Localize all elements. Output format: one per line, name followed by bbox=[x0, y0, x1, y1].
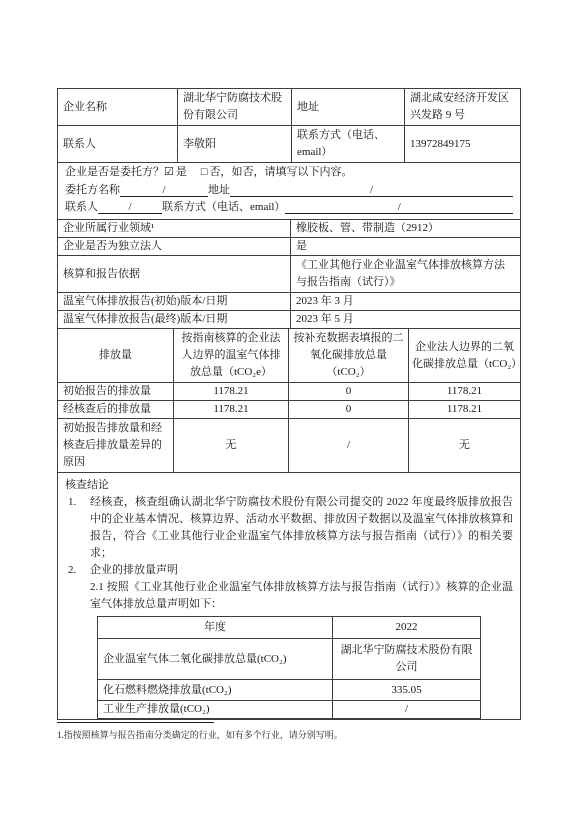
industry-row: 企业所属行业领域¹ 橡胶板、管、带制造（2912） bbox=[58, 219, 520, 237]
delegation-question-line: 企业是否是委托方？ ☑ 是 □ 否，如否，请填写以下内容。 bbox=[65, 164, 513, 181]
initial-emission-legal-boundary: 1178.21 bbox=[408, 383, 520, 400]
emission-statement-table: 年度 2022 企业温室气体二氧化碳排放总量(tCO₂) 湖北华宁防腐技术股份有… bbox=[97, 616, 481, 719]
conclusion-item-1: 1. 经核查，核查组确认湖北华宁防腐技术股份有限公司提交的 2022 年度最终版… bbox=[65, 494, 513, 562]
industrial-process-row: 工业生产排放量(tCO₂) / bbox=[98, 700, 480, 718]
total-co2-row: 企业温室气体二氧化碳排放总量(tCO₂) 湖北华宁防腐技术股份有限公司 bbox=[98, 638, 480, 679]
client-address-field: / bbox=[230, 182, 513, 197]
company-row: 企业名称 湖北华宁防腐技术股份有限公司 地址 湖北咸安经济开发区兴发路 9 号 bbox=[58, 89, 520, 125]
client-name-line: 委托方名称 / 地址 / bbox=[65, 182, 513, 199]
fossil-fuel-value: 335.05 bbox=[332, 680, 480, 700]
phone-value: 13972849175 bbox=[404, 126, 520, 162]
conclusion-item-2-text: 企业的排放量声明 bbox=[90, 562, 513, 579]
address-value: 湖北咸安经济开发区兴发路 9 号 bbox=[404, 89, 520, 125]
industrial-process-value: / bbox=[332, 701, 480, 718]
initial-report-value: 2023 年 3 月 bbox=[290, 293, 520, 310]
fossil-fuel-row: 化石燃料燃烧排放量(tCO₂) 335.05 bbox=[98, 679, 480, 700]
industrial-process-label: 工业生产排放量(tCO₂) bbox=[98, 701, 332, 718]
delegation-no-label: 否，如否，请填写以下内容。 bbox=[210, 164, 353, 181]
initial-report-row: 温室气体排放报告(初始)版本/日期 2023 年 3 月 bbox=[58, 292, 520, 310]
conclusion-item-2: 2. 企业的排放量声明 bbox=[65, 562, 513, 579]
contact-value: 李敬阳 bbox=[177, 126, 291, 162]
emission-header-supplementary: 按补充数据表填报的二氧化碳排放总量（tCO₂） bbox=[288, 329, 408, 382]
difference-reason-guideline: 无 bbox=[173, 419, 288, 472]
emission-header-row: 排放量 按指南核算的企业法人边界的温室气体排放总量（tCO₂e） 按补充数据表填… bbox=[58, 328, 520, 382]
client-name-label: 委托方名称 bbox=[65, 182, 120, 199]
verified-emission-label: 经核查后的排放量 bbox=[58, 401, 173, 418]
client-name-field: / bbox=[120, 182, 208, 197]
initial-emission-guideline: 1178.21 bbox=[173, 383, 288, 400]
difference-reason-legal-boundary: 无 bbox=[408, 419, 520, 472]
contact-row: 联系人 李敬阳 联系方式（电话、email） 13972849175 bbox=[58, 125, 520, 162]
initial-emission-supplementary: 0 bbox=[288, 383, 408, 400]
difference-reason-row: 初始报告排放量和经核查后排放量差异的原因 无 / 无 bbox=[58, 418, 520, 472]
verified-emission-supplementary: 0 bbox=[288, 401, 408, 418]
company-name-label: 企业名称 bbox=[58, 89, 177, 125]
conclusion-title: 核查结论 bbox=[65, 476, 513, 494]
difference-reason-supplementary: / bbox=[288, 419, 408, 472]
conclusion-item-1-number: 1. bbox=[65, 494, 90, 562]
emission-header-legal-boundary: 企业法人边界的二氧化碳排放总量（tCO₂） bbox=[408, 329, 520, 382]
initial-report-label: 温室气体排放报告(初始)版本/日期 bbox=[58, 293, 290, 310]
final-report-value: 2023 年 5 月 bbox=[290, 311, 520, 328]
industry-label: 企业所属行业领域¹ bbox=[58, 220, 290, 237]
contact-method-label: 联系方式（电话、email） bbox=[291, 126, 404, 162]
verification-report-table: 企业名称 湖北华宁防腐技术股份有限公司 地址 湖北咸安经济开发区兴发路 9 号 … bbox=[57, 88, 521, 720]
total-co2-label: 企业温室气体二氧化碳排放总量(tCO₂) bbox=[98, 639, 332, 679]
basis-label: 核算和报告依据 bbox=[58, 256, 290, 292]
conclusion-item-2-number: 2. bbox=[65, 562, 90, 579]
legal-entity-row: 企业是否为独立法人 是 bbox=[58, 237, 520, 255]
client-contact-line: 联系人 / 联系方式（电话、email） / bbox=[65, 199, 513, 216]
client-address-label: 地址 bbox=[208, 182, 230, 199]
difference-reason-label: 初始报告排放量和经核查后排放量差异的原因 bbox=[58, 419, 173, 472]
verified-emission-guideline: 1178.21 bbox=[173, 401, 288, 418]
checked-checkbox-icon: ☑ bbox=[164, 164, 174, 181]
year-label: 年度 bbox=[98, 617, 332, 638]
client-contact-label: 联系人 bbox=[65, 199, 98, 216]
footnote-text: 1.指按照核算与报告指南分类确定的行业，如有多个行业，请分别写明。 bbox=[57, 729, 521, 741]
company-name-value: 湖北华宁防腐技术股份有限公司 bbox=[177, 89, 291, 125]
year-row: 年度 2022 bbox=[98, 617, 480, 638]
year-value: 2022 bbox=[332, 617, 480, 638]
delegation-yes-label: 是 bbox=[176, 164, 187, 181]
contact-label: 联系人 bbox=[58, 126, 177, 162]
client-contact-method-label: 联系方式（电话、email） bbox=[162, 199, 285, 216]
footnote-separator bbox=[57, 722, 214, 723]
delegation-question: 企业是否是委托方？ bbox=[65, 164, 164, 181]
initial-emission-row: 初始报告的排放量 1178.21 0 1178.21 bbox=[58, 382, 520, 400]
address-label: 地址 bbox=[291, 89, 404, 125]
industry-value: 橡胶板、管、带制造（2912） bbox=[290, 220, 520, 237]
final-report-label: 温室气体排放报告(最终)版本/日期 bbox=[58, 311, 290, 328]
total-co2-value: 湖北华宁防腐技术股份有限公司 bbox=[332, 639, 480, 679]
client-contact-method-field: / bbox=[285, 199, 513, 214]
conclusion-item-2-1-text: 2.1 按照《工业其他行业企业温室气体排放核算方法与报告指南（试行）》核算的企业… bbox=[90, 579, 513, 613]
conclusion-item-1-text: 经核查，核查组确认湖北华宁防腐技术股份有限公司提交的 2022 年度最终版排放报… bbox=[90, 494, 513, 562]
initial-emission-label: 初始报告的排放量 bbox=[58, 383, 173, 400]
emission-header-amount: 排放量 bbox=[58, 329, 173, 382]
emission-header-guideline: 按指南核算的企业法人边界的温室气体排放总量（tCO₂e） bbox=[173, 329, 288, 382]
conclusion-block: 核查结论 1. 经核查，核查组确认湖北华宁防腐技术股份有限公司提交的 2022 … bbox=[58, 472, 520, 719]
basis-row: 核算和报告依据 《工业其他行业企业温室气体排放核算方法与报告指南（试行）》 bbox=[58, 255, 520, 292]
empty-checkbox-icon: □ bbox=[201, 164, 208, 181]
delegation-block: 企业是否是委托方？ ☑ 是 □ 否，如否，请填写以下内容。 委托方名称 / 地址… bbox=[58, 162, 520, 219]
verified-emission-row: 经核查后的排放量 1178.21 0 1178.21 bbox=[58, 400, 520, 418]
verified-emission-legal-boundary: 1178.21 bbox=[408, 401, 520, 418]
legal-entity-label: 企业是否为独立法人 bbox=[58, 238, 290, 255]
legal-entity-value: 是 bbox=[290, 238, 520, 255]
client-contact-field: / bbox=[98, 199, 162, 214]
basis-value: 《工业其他行业企业温室气体排放核算方法与报告指南（试行）》 bbox=[290, 256, 520, 292]
final-report-row: 温室气体排放报告(最终)版本/日期 2023 年 5 月 bbox=[58, 310, 520, 328]
fossil-fuel-label: 化石燃料燃烧排放量(tCO₂) bbox=[98, 680, 332, 700]
